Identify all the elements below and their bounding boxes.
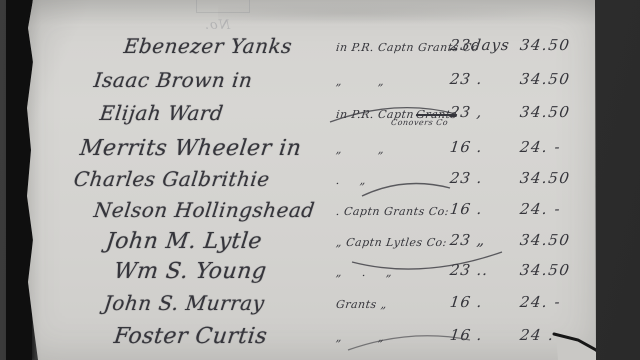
ledger-row: Foster Curtis „ „ 16 . 24 . [58,324,598,354]
struck-out-word [386,143,388,156]
days-value: 16 . [449,326,484,344]
ledger-row: Wm S. Young „ . „ 23 .. 34.50 [58,259,598,289]
ledger-row: Merrits Wheeler in „ „ 16 . 24. - [58,136,598,166]
days-value: 23days [449,36,511,54]
ledger-row: Nelson Hollingshead . Captn Grants Co: 1… [58,198,598,228]
service-text: „ „ [335,143,385,156]
days-value: 16 . [449,200,484,218]
ledger-row: Elijah Ward in P.R. CaptnGrantsConovers … [58,101,598,131]
amount-value: 34.50 [519,169,572,187]
days-value: 23 , [449,103,484,121]
ledger-row: Charles Galbrithie . „ 23 . 34.50 [58,167,598,197]
service-note: „ „ [335,75,387,88]
amount-value: 34.50 [519,261,572,279]
person-name: Charles Galbrithie [73,167,272,191]
struck-out-word [394,266,396,279]
service-note: „ Captn Lytles Co: [335,236,449,249]
torn-paper-page: No. Ebenezer Yanks in P.R. Captn Grants … [18,0,598,360]
service-text: „ . „ [335,266,393,279]
person-name: Isaac Brown in [93,68,254,92]
person-name: Ebenezer Yanks [123,34,294,58]
ledger-row: John M. Lytle „ Captn Lytles Co: 23 „ 34… [58,229,598,259]
struck-out-word [386,75,388,88]
correction-note: Conovers Co [390,118,448,127]
book-gutter-shadow [6,0,32,360]
service-text: „ Captn Lytles Co: [335,236,447,249]
service-note: „ „ [335,331,387,344]
struck-out-word [388,298,390,311]
amount-value: 34.50 [519,103,572,121]
amount-value: 24. - [519,200,562,218]
ledger-row: Isaac Brown in „ „ 23 . 34.50 [58,68,598,98]
person-name: Foster Curtis [112,324,268,349]
days-value: 23 „ [449,231,487,249]
service-note: . Captn Grants Co: [335,205,452,218]
ledger-rows: Ebenezer Yanks in P.R. Captn Grants Co 2… [58,0,598,360]
days-value: 23 . [449,70,484,88]
service-note: . „ [335,174,369,187]
amount-value: 34.50 [519,70,572,88]
service-text: „ „ [335,75,385,88]
service-text: . „ [335,174,367,187]
person-name: Wm S. Young [112,259,268,284]
struck-out-word [386,331,388,344]
struck-out-word [367,174,369,187]
days-value: 16 . [449,293,484,311]
person-name: John M. Lytle [104,229,263,254]
ledger-row: John S. Murray Grants „ 16 . 24. - [58,291,598,321]
service-note: „ . „ [335,266,395,279]
service-note: „ „ [335,143,387,156]
days-value: 23 .. [449,261,490,279]
photo-of-ledger-page: No. Ebenezer Yanks in P.R. Captn Grants … [0,0,640,360]
amount-value: 24 . [519,326,556,344]
amount-value: 34.50 [519,36,572,54]
person-name: John S. Murray [103,291,267,315]
amount-value: 24. - [519,293,562,311]
person-name: Nelson Hollingshead [93,198,317,222]
days-value: 16 . [449,138,484,156]
person-name: Merrits Wheeler in [78,136,302,161]
service-text: „ „ [335,331,385,344]
service-note: in P.R. CaptnGrantsConovers Co [335,108,457,121]
amount-value: 24. - [519,138,562,156]
ledger-row: Ebenezer Yanks in P.R. Captn Grants Co 2… [58,34,598,64]
service-text: Grants „ [335,298,388,311]
service-note: Grants „ [335,298,390,311]
days-value: 23 . [449,169,484,187]
service-text: . Captn Grants Co: [335,205,450,218]
person-name: Elijah Ward [99,101,225,125]
amount-value: 34.50 [519,231,572,249]
